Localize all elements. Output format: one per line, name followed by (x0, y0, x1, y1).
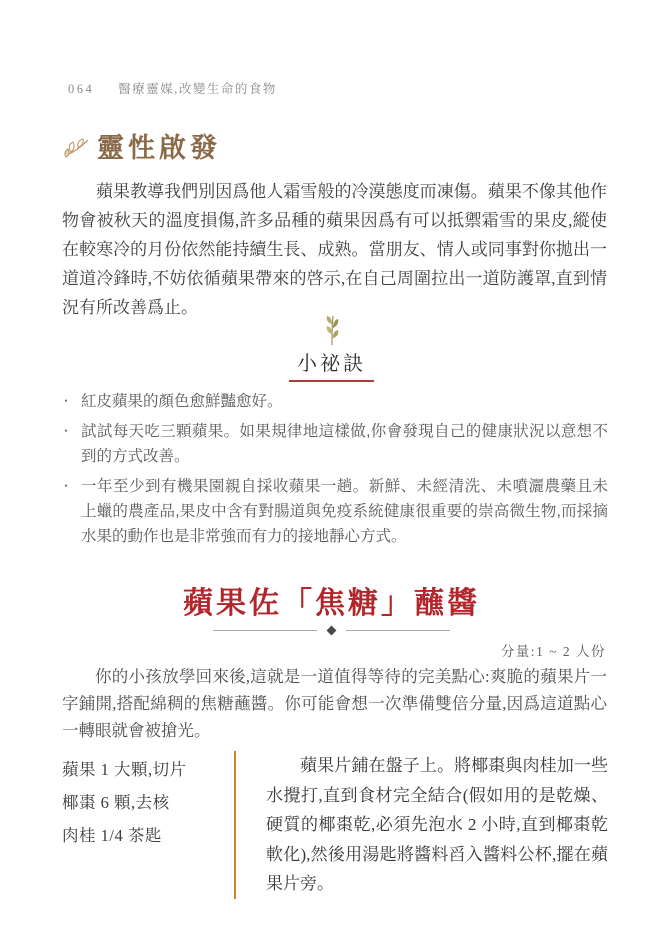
instructions-text: 蘋果片鋪在盤子上。將椰棗與肉桂加一些水攪打,直到食材完全結合(假如用的是乾燥、硬… (266, 751, 608, 899)
column-divider (234, 751, 236, 899)
tip-item: ・ 紅皮蘋果的顏色愈鮮豔愈好。 (60, 389, 608, 414)
section-heading: 靈性啟發 (63, 126, 221, 165)
section-paragraph: 蘋果教導我們別因爲他人霜雪般的冷漠態度而凍傷。蘋果不像其他作物會被秋天的溫度損傷… (62, 177, 607, 322)
bullet-marker: ・ (60, 474, 72, 549)
page-number: 064 (68, 82, 94, 97)
ingredients-list: 蘋果 1 大顆,切片 椰棗 6 顆,去核 肉桂 1/4 茶匙 (62, 751, 218, 899)
book-title: 醫療靈媒,改變生命的食物 (118, 79, 277, 97)
page-header: 064 醫療靈媒,改變生命的食物 (68, 79, 277, 97)
tips-title: 小祕訣 (289, 347, 374, 382)
diamond-icon (327, 626, 337, 636)
tip-item: ・ 一年至少到有機果園親自採收蘋果一趟。新鮮、未經清洗、未噴灑農藥且未上蠟的農產… (60, 474, 608, 549)
tip-text: 紅皮蘋果的顏色愈鮮豔愈好。 (81, 389, 283, 414)
bullet-marker: ・ (60, 389, 72, 414)
book-page: 064 醫療靈媒,改變生命的食物 靈性啟發 蘋果教導我們別因爲他人霜雪般的冷漠態… (0, 0, 663, 932)
tips-list: ・ 紅皮蘋果的顏色愈鮮豔愈好。 ・ 試試每天吃三顆蘋果。如果規律地這樣做,你會發… (60, 389, 608, 554)
tip-text: 一年至少到有機果園親自採收蘋果一趟。新鮮、未經清洗、未噴灑農藥且未上蠟的農產品,… (81, 474, 608, 549)
tips-block: 小祕訣 (0, 314, 663, 382)
diamond-divider (0, 627, 663, 634)
tip-text: 試試每天吃三顆蘋果。如果規律地這樣做,你會發現自己的健康狀況以意想不到的方式改善… (81, 419, 608, 469)
divider-line (213, 630, 317, 631)
recipe-title: 蘋果佐「焦糖」蘸醬 (0, 578, 663, 622)
divider-line (346, 630, 450, 631)
ingredient-item: 椰棗 6 顆,去核 (62, 786, 218, 819)
recipe-intro: 你的小孩放學回來後,這就是一道值得等待的完美點心:爽脆的蘋果片一字鋪開,搭配綿稠… (62, 663, 607, 744)
recipe-columns: 蘋果 1 大顆,切片 椰棗 6 顆,去核 肉桂 1/4 茶匙 蘋果片鋪在盤子上。… (62, 751, 608, 899)
branch-leaf-icon (63, 137, 90, 159)
servings-label: 分量:1 ~ 2 人份 (501, 640, 606, 660)
bullet-marker: ・ (60, 419, 72, 469)
section-title: 靈性啟發 (97, 126, 221, 165)
sprig-icon (319, 314, 345, 346)
ingredient-item: 肉桂 1/4 茶匙 (62, 819, 218, 852)
tip-item: ・ 試試每天吃三顆蘋果。如果規律地這樣做,你會發現自己的健康狀況以意想不到的方式… (60, 419, 608, 469)
ingredient-item: 蘋果 1 大顆,切片 (62, 753, 218, 786)
